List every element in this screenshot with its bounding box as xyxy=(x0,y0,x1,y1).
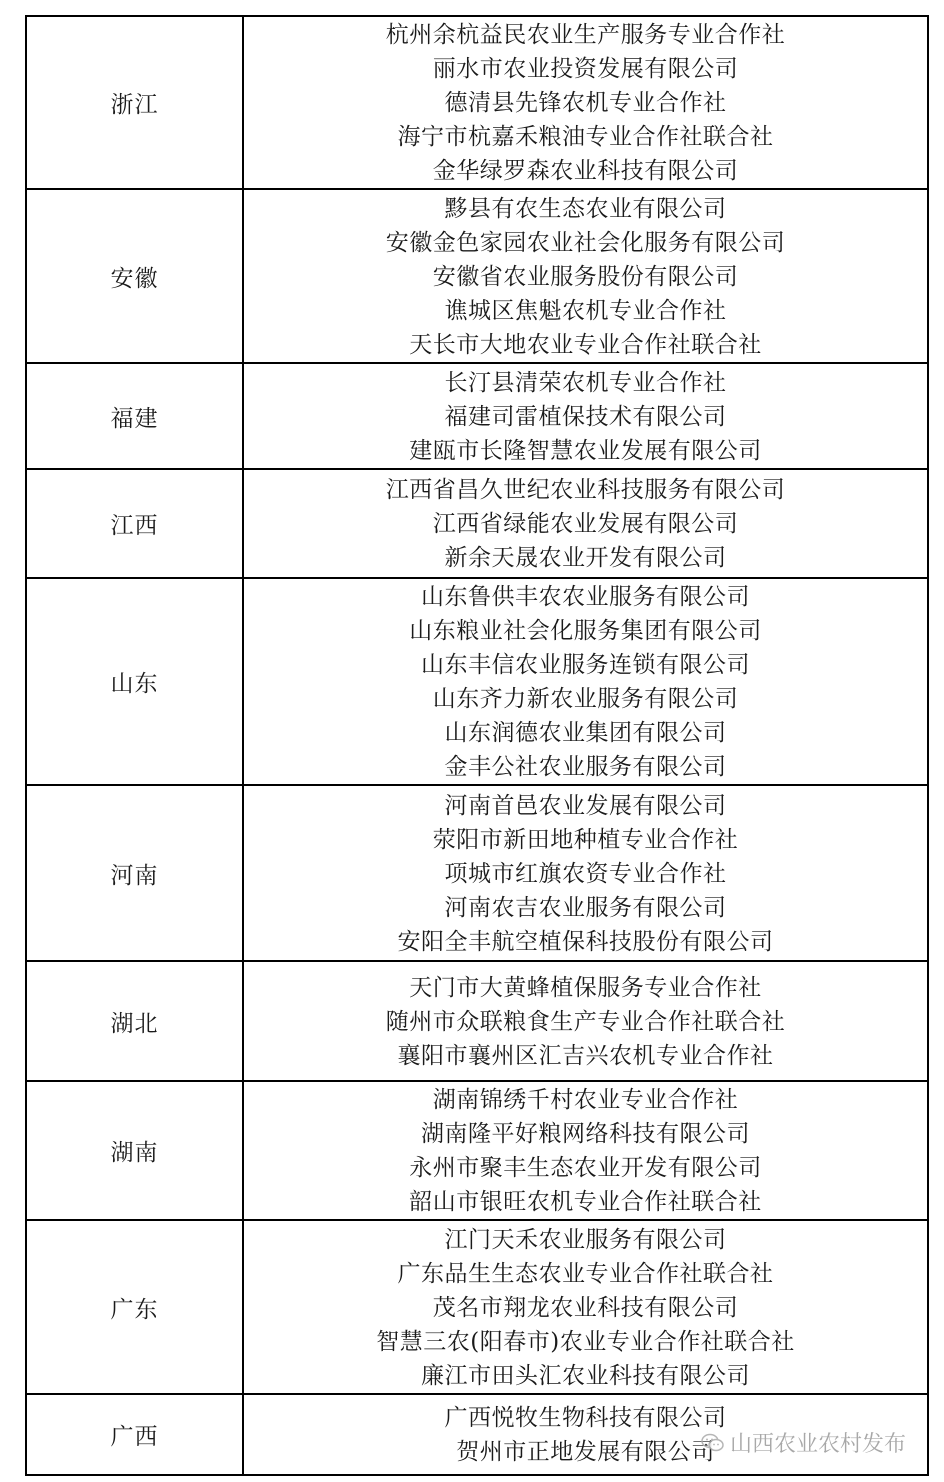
organization-name: 江门天禾农业服务有限公司 xyxy=(445,1223,727,1257)
province-cell: 山东 xyxy=(26,578,243,785)
table-row: 河南河南首邑农业发展有限公司荥阳市新田地种植专业合作社项城市红旗农资专业合作社河… xyxy=(26,785,928,961)
organization-name: 海宁市杭嘉禾粮油专业合作社联合社 xyxy=(398,120,774,154)
organization-name: 山东齐力新农业服务有限公司 xyxy=(433,682,739,716)
organization-name: 河南首邑农业发展有限公司 xyxy=(445,789,727,823)
province-cell: 江西 xyxy=(26,469,243,578)
organization-list: 江门天禾农业服务有限公司广东品生生态农业专业合作社联合社茂名市翔龙农业科技有限公… xyxy=(244,1222,927,1393)
organization-name: 广西悦牧生物科技有限公司 xyxy=(445,1401,727,1435)
organizations-cell: 山东鲁供丰农农业服务有限公司山东粮业社会化服务集团有限公司山东丰信农业服务连锁有… xyxy=(243,578,928,785)
table-row: 浙江杭州余杭益民农业生产服务专业合作社丽水市农业投资发展有限公司德清县先锋农机专… xyxy=(26,16,928,189)
organization-name: 襄阳市襄州区汇吉兴农机专业合作社 xyxy=(398,1039,774,1073)
organization-list: 天门市大黄蜂植保服务专业合作社随州市众联粮食生产专业合作社联合社襄阳市襄州区汇吉… xyxy=(244,970,927,1073)
watermark-text: 山西农业农村发布 xyxy=(730,1427,906,1458)
organization-name: 安徽金色家园农业社会化服务有限公司 xyxy=(386,226,786,260)
table-body: 浙江杭州余杭益民农业生产服务专业合作社丽水市农业投资发展有限公司德清县先锋农机专… xyxy=(26,16,928,1475)
organization-name: 建瓯市长隆智慧农业发展有限公司 xyxy=(409,434,762,468)
organization-list: 山东鲁供丰农农业服务有限公司山东粮业社会化服务集团有限公司山东丰信农业服务连锁有… xyxy=(244,579,927,784)
organization-name: 廉江市田头汇农业科技有限公司 xyxy=(421,1359,750,1393)
table-row: 湖南湖南锦绣千村农业专业合作社湖南隆平好粮网络科技有限公司永州市聚丰生态农业开发… xyxy=(26,1081,928,1220)
organization-list: 杭州余杭益民农业生产服务专业合作社丽水市农业投资发展有限公司德清县先锋农机专业合… xyxy=(244,17,927,188)
organization-name: 金华绿罗森农业科技有限公司 xyxy=(433,154,739,188)
table-row: 福建长汀县清荣农机专业合作社福建司雷植保技术有限公司建瓯市长隆智慧农业发展有限公… xyxy=(26,363,928,469)
organization-name: 荥阳市新田地种植专业合作社 xyxy=(433,823,739,857)
organizations-cell: 黟县有农生态农业有限公司安徽金色家园农业社会化服务有限公司安徽省农业服务股份有限… xyxy=(243,189,928,363)
organization-name: 湖南锦绣千村农业专业合作社 xyxy=(433,1083,739,1117)
province-cell: 福建 xyxy=(26,363,243,469)
organizations-cell: 湖南锦绣千村农业专业合作社湖南隆平好粮网络科技有限公司永州市聚丰生态农业开发有限… xyxy=(243,1081,928,1220)
organization-table: 浙江杭州余杭益民农业生产服务专业合作社丽水市农业投资发展有限公司德清县先锋农机专… xyxy=(25,15,929,1476)
organization-name: 丽水市农业投资发展有限公司 xyxy=(433,52,739,86)
organization-name: 安阳全丰航空植保科技股份有限公司 xyxy=(398,925,774,959)
table-row: 广东江门天禾农业服务有限公司广东品生生态农业专业合作社联合社茂名市翔龙农业科技有… xyxy=(26,1220,928,1394)
organization-list: 江西省昌久世纪农业科技服务有限公司江西省绿能农业发展有限公司新余天晟农业开发有限… xyxy=(244,472,927,575)
organization-name: 项城市红旗农资专业合作社 xyxy=(445,857,727,891)
organization-name: 天长市大地农业专业合作社联合社 xyxy=(409,328,762,362)
organization-name: 智慧三农(阳春市)农业专业合作社联合社 xyxy=(376,1325,794,1359)
province-cell: 安徽 xyxy=(26,189,243,363)
organization-name: 杭州余杭益民农业生产服务专业合作社 xyxy=(386,18,786,52)
organization-name: 德清县先锋农机专业合作社 xyxy=(445,86,727,120)
organization-name: 天门市大黄蜂植保服务专业合作社 xyxy=(409,971,762,1005)
organization-name: 谯城区焦魁农机专业合作社 xyxy=(445,294,727,328)
organization-name: 黟县有农生态农业有限公司 xyxy=(445,192,727,226)
organization-name: 茂名市翔龙农业科技有限公司 xyxy=(433,1291,739,1325)
organizations-cell: 江西省昌久世纪农业科技服务有限公司江西省绿能农业发展有限公司新余天晟农业开发有限… xyxy=(243,469,928,578)
organizations-cell: 河南首邑农业发展有限公司荥阳市新田地种植专业合作社项城市红旗农资专业合作社河南农… xyxy=(243,785,928,961)
organization-name: 江西省绿能农业发展有限公司 xyxy=(433,507,739,541)
organization-name: 永州市聚丰生态农业开发有限公司 xyxy=(409,1151,762,1185)
province-cell: 湖南 xyxy=(26,1081,243,1220)
province-cell: 河南 xyxy=(26,785,243,961)
organization-name: 长汀县清荣农机专业合作社 xyxy=(445,366,727,400)
organization-name: 金丰公社农业服务有限公司 xyxy=(445,750,727,784)
organizations-cell: 天门市大黄蜂植保服务专业合作社随州市众联粮食生产专业合作社联合社襄阳市襄州区汇吉… xyxy=(243,961,928,1081)
organizations-cell: 杭州余杭益民农业生产服务专业合作社丽水市农业投资发展有限公司德清县先锋农机专业合… xyxy=(243,16,928,189)
organization-name: 山东粮业社会化服务集团有限公司 xyxy=(409,614,762,648)
organizations-cell: 长汀县清荣农机专业合作社福建司雷植保技术有限公司建瓯市长隆智慧农业发展有限公司 xyxy=(243,363,928,469)
province-cell: 浙江 xyxy=(26,16,243,189)
wechat-icon xyxy=(700,1430,726,1456)
organization-list: 长汀县清荣农机专业合作社福建司雷植保技术有限公司建瓯市长隆智慧农业发展有限公司 xyxy=(244,365,927,468)
province-cell: 广东 xyxy=(26,1220,243,1394)
province-cell: 湖北 xyxy=(26,961,243,1081)
organization-name: 安徽省农业服务股份有限公司 xyxy=(433,260,739,294)
table-row: 湖北天门市大黄蜂植保服务专业合作社随州市众联粮食生产专业合作社联合社襄阳市襄州区… xyxy=(26,961,928,1081)
organization-list: 河南首邑农业发展有限公司荥阳市新田地种植专业合作社项城市红旗农资专业合作社河南农… xyxy=(244,788,927,959)
organization-name: 山东鲁供丰农农业服务有限公司 xyxy=(421,580,750,614)
table-row: 江西江西省昌久世纪农业科技服务有限公司江西省绿能农业发展有限公司新余天晟农业开发… xyxy=(26,469,928,578)
organization-name: 湖南隆平好粮网络科技有限公司 xyxy=(421,1117,750,1151)
table-row: 安徽黟县有农生态农业有限公司安徽金色家园农业社会化服务有限公司安徽省农业服务股份… xyxy=(26,189,928,363)
organization-list: 黟县有农生态农业有限公司安徽金色家园农业社会化服务有限公司安徽省农业服务股份有限… xyxy=(244,191,927,362)
organization-list: 湖南锦绣千村农业专业合作社湖南隆平好粮网络科技有限公司永州市聚丰生态农业开发有限… xyxy=(244,1082,927,1219)
watermark: 山西农业农村发布 xyxy=(700,1427,906,1458)
organization-name: 福建司雷植保技术有限公司 xyxy=(445,400,727,434)
organization-name: 贺州市正地发展有限公司 xyxy=(456,1435,715,1469)
organizations-cell: 江门天禾农业服务有限公司广东品生生态农业专业合作社联合社茂名市翔龙农业科技有限公… xyxy=(243,1220,928,1394)
organization-name: 韶山市银旺农机专业合作社联合社 xyxy=(409,1185,762,1219)
table-row: 山东山东鲁供丰农农业服务有限公司山东粮业社会化服务集团有限公司山东丰信农业服务连… xyxy=(26,578,928,785)
province-cell: 广西 xyxy=(26,1394,243,1475)
organization-name: 新余天晟农业开发有限公司 xyxy=(445,541,727,575)
organization-name: 江西省昌久世纪农业科技服务有限公司 xyxy=(386,473,786,507)
organization-name: 随州市众联粮食生产专业合作社联合社 xyxy=(386,1005,786,1039)
organization-name: 山东润德农业集团有限公司 xyxy=(445,716,727,750)
organization-name: 河南农吉农业服务有限公司 xyxy=(445,891,727,925)
organization-name: 山东丰信农业服务连锁有限公司 xyxy=(421,648,750,682)
organization-name: 广东品生生态农业专业合作社联合社 xyxy=(398,1257,774,1291)
